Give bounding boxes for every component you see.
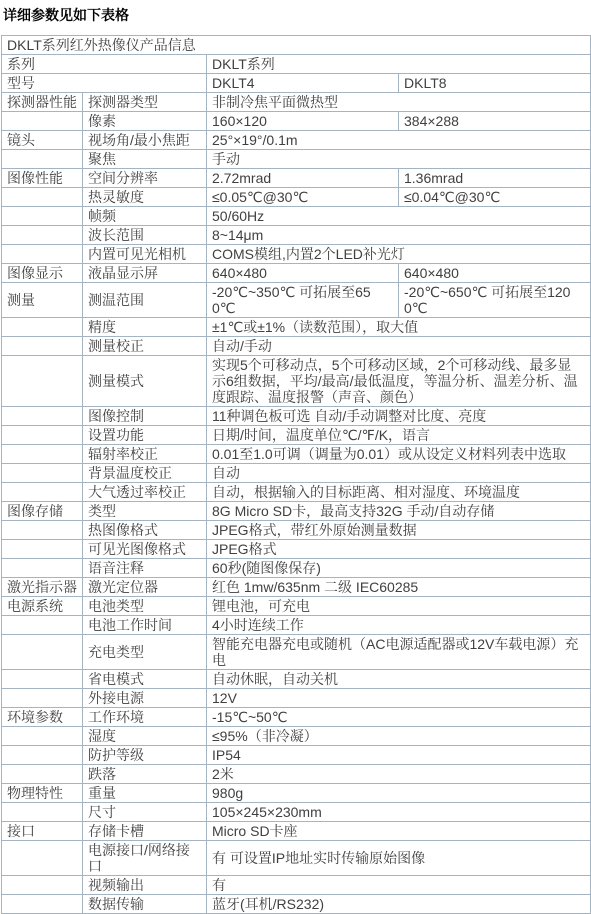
spec-label-cell: 热灵敏度 — [83, 188, 207, 207]
spec-value-cell: 8~14μm — [207, 226, 591, 245]
category-empty-cell — [2, 483, 83, 502]
category-empty-cell — [2, 540, 83, 559]
table-row: 图像控制11种调色板可选 自动/手动调整对比度、亮度 — [2, 407, 591, 426]
table-row: 测量校正自动/手动 — [2, 337, 591, 356]
spec-value-cell: 有 — [207, 876, 591, 895]
table-row: 图像存储类型8G Micro SD卡，最高支持32G 手动/自动存储 — [2, 502, 591, 521]
spec-label-cell: 热图像格式 — [83, 521, 207, 540]
category-empty-cell — [2, 464, 83, 483]
category-empty-cell — [2, 895, 83, 914]
category-cell: 物理特性 — [2, 784, 83, 803]
table-row: 波长范围8~14μm — [2, 226, 591, 245]
spec-label-cell: 像素 — [83, 112, 207, 131]
spec-label-cell: 内置可见光相机 — [83, 245, 207, 264]
category-empty-cell — [2, 727, 83, 746]
table-row: 跌落2米 — [2, 765, 591, 784]
table-row: 充电类型智能充电器充电或随机（AC电源适配器或12V车载电源）充电 — [2, 635, 591, 670]
spec-value-cell: 日期/时间，温度单位℃/℉/K，语言 — [207, 426, 591, 445]
category-cell: 电源系统 — [2, 597, 83, 616]
table-row: 电源接口/网络接口有 可设置IP地址实时传输原始图像 — [2, 841, 591, 876]
spec-label-cell: 省电模式 — [83, 670, 207, 689]
spec-label-cell: 防护等级 — [83, 746, 207, 765]
category-empty-cell — [2, 765, 83, 784]
spec-label-cell: 背景温度校正 — [83, 464, 207, 483]
table-row: 测量测温范围-20℃~350℃ 可拓展至650℃-20℃~650℃ 可拓展至12… — [2, 283, 591, 318]
category-empty-cell — [2, 356, 83, 407]
category-empty-cell — [2, 245, 83, 264]
table-row: 辐射率校正0.01至1.0可调（调量为0.01）或从设定义材料列表中选取 — [2, 445, 591, 464]
spec-value-cell: 4小时连续工作 — [207, 616, 591, 635]
table-title-cell: DKLT系列红外热像仪产品信息 — [2, 36, 591, 55]
table-row: 设置功能日期/时间，温度单位℃/℉/K，语言 — [2, 426, 591, 445]
spec-label-cell: 跌落 — [83, 765, 207, 784]
spec-label-cell: 湿度 — [83, 727, 207, 746]
spec-value-cell: 自动 — [207, 464, 591, 483]
category-empty-cell — [2, 635, 83, 670]
table-row: 精度±1℃或±1%（读数范围），取大值 — [2, 318, 591, 337]
spec-value-cell: 25°×19°/0.1m — [207, 131, 591, 150]
spec-label-cell: 液晶显示屏 — [83, 264, 207, 283]
spec-value-cell: 锂电池，可充电 — [207, 597, 591, 616]
spec-value-cell: 有 可设置IP地址实时传输原始图像 — [207, 841, 591, 876]
spec-value-cell: Micro SD卡座 — [207, 822, 591, 841]
spec-label-cell: 聚焦 — [83, 150, 207, 169]
spec-value-cell: ≤95%（非冷凝） — [207, 727, 591, 746]
table-row: 可见光图像格式JPEG格式 — [2, 540, 591, 559]
category-empty-cell — [2, 188, 83, 207]
table-row: 大气透过率校正自动，根据输入的目标距离、相对湿度、环境温度 — [2, 483, 591, 502]
spec-value-cell: 0.01至1.0可调（调量为0.01）或从设定义材料列表中选取 — [207, 445, 591, 464]
spec-label-cell: 视场角/最小焦距 — [83, 131, 207, 150]
spec-value-cell: 11种调色板可选 自动/手动调整对比度、亮度 — [207, 407, 591, 426]
table-row: 探测器性能探测器类型非制冷焦平面微热型 — [2, 93, 591, 112]
spec-value-cell: DKLT系列 — [207, 55, 591, 74]
table-row: 环境参数工作环境-15℃~50℃ — [2, 708, 591, 727]
category-cell: 激光指示器 — [2, 578, 83, 597]
category-cell: 接口 — [2, 822, 83, 841]
spec-value-cell: 自动，根据输入的目标距离、相对湿度、环境温度 — [207, 483, 591, 502]
category-empty-cell — [2, 318, 83, 337]
spec-value-cell: 60秒(随图像保存) — [207, 559, 591, 578]
table-row: 视频输出有 — [2, 876, 591, 895]
spec-value-cell: -15℃~50℃ — [207, 708, 591, 727]
table-row: 电池工作时间4小时连续工作 — [2, 616, 591, 635]
table-row: DKLT系列红外热像仪产品信息 — [2, 36, 591, 55]
category-cell: 图像性能 — [2, 169, 83, 188]
spec-label-cell: 类型 — [83, 502, 207, 521]
table-row: 热灵敏度≤0.05℃@30℃≤0.04℃@30℃ — [2, 188, 591, 207]
page: 详细参数见如下表格 DKLT系列红外热像仪产品信息系列DKLT系列型号DKLT4… — [0, 0, 591, 914]
spec-label-cell: 探测器类型 — [83, 93, 207, 112]
category-empty-cell — [2, 407, 83, 426]
spec-table: DKLT系列红外热像仪产品信息系列DKLT系列型号DKLT4DKLT8探测器性能… — [1, 35, 591, 914]
category-empty-cell — [2, 876, 83, 895]
table-row: 电源系统电池类型锂电池，可充电 — [2, 597, 591, 616]
spec-value-cell: 980g — [207, 784, 591, 803]
spec-label-cell: 测量校正 — [83, 337, 207, 356]
category-empty-cell — [2, 841, 83, 876]
spec-label-cell: 外接电源 — [83, 689, 207, 708]
category-empty-cell — [2, 445, 83, 464]
table-row: 帧频50/60Hz — [2, 207, 591, 226]
table-row: 语音注释60秒(随图像保存) — [2, 559, 591, 578]
spec-value-cell: IP54 — [207, 746, 591, 765]
page-title: 详细参数见如下表格 — [3, 7, 590, 24]
spec-label-cell: 激光定位器 — [83, 578, 207, 597]
spec-label-cell: 语音注释 — [83, 559, 207, 578]
spec-table-body: DKLT系列红外热像仪产品信息系列DKLT系列型号DKLT4DKLT8探测器性能… — [2, 36, 591, 914]
spec-label-cell: 辐射率校正 — [83, 445, 207, 464]
category-empty-cell — [2, 337, 83, 356]
table-row: 数据传输蓝牙(耳机/RS232) — [2, 895, 591, 914]
table-row: 镜头视场角/最小焦距25°×19°/0.1m — [2, 131, 591, 150]
spec-label-cell: 电池类型 — [83, 597, 207, 616]
category-empty-cell — [2, 226, 83, 245]
table-row: 背景温度校正自动 — [2, 464, 591, 483]
category-empty-cell — [2, 150, 83, 169]
table-row: 防护等级IP54 — [2, 746, 591, 765]
spec-value-cell: 2米 — [207, 765, 591, 784]
spec-value-cell: 50/60Hz — [207, 207, 591, 226]
spec-value-cell: 非制冷焦平面微热型 — [207, 93, 591, 112]
spec-label-cell: DKLT4 — [207, 74, 399, 93]
table-row: 图像性能空间分辨率2.72mrad1.36mrad — [2, 169, 591, 188]
spec-label-cell: 存储卡槽 — [83, 822, 207, 841]
spec-value-cell: ±1℃或±1%（读数范围），取大值 — [207, 318, 591, 337]
table-row: 湿度≤95%（非冷凝） — [2, 727, 591, 746]
spec-value-cell: DKLT8 — [399, 74, 591, 93]
spec-value-cell: 640×480 — [207, 264, 399, 283]
spec-value-cell: JPEG格式，带红外原始测量数据 — [207, 521, 591, 540]
spec-value-cell: 自动/手动 — [207, 337, 591, 356]
spec-value-cell: 智能充电器充电或随机（AC电源适配器或12V车载电源）充电 — [207, 635, 591, 670]
spec-value-cell: 实现5个可移动点，5个可移动区域，2个可移动线、最多显示6组数据，平均/最高/最… — [207, 356, 591, 407]
spec-label-cell: 帧频 — [83, 207, 207, 226]
table-row: 系列DKLT系列 — [2, 55, 591, 74]
spec-value-cell: 蓝牙(耳机/RS232) — [207, 895, 591, 914]
spec-label-cell: 精度 — [83, 318, 207, 337]
category-empty-cell — [2, 803, 83, 822]
table-row: 内置可见光相机COMS模组,内置2个LED补光灯 — [2, 245, 591, 264]
spec-value-cell: 8G Micro SD卡，最高支持32G 手动/自动存储 — [207, 502, 591, 521]
spec-value-cell: COMS模组,内置2个LED补光灯 — [207, 245, 591, 264]
category-empty-cell — [2, 207, 83, 226]
spec-value-cell: 384×288 — [399, 112, 591, 131]
spec-label-cell: 电源接口/网络接口 — [83, 841, 207, 876]
spec-label-cell: 尺寸 — [83, 803, 207, 822]
spec-value-cell: 手动 — [207, 150, 591, 169]
spec-label-cell: 大气透过率校正 — [83, 483, 207, 502]
table-row: 物理特性重量980g — [2, 784, 591, 803]
spec-label-cell: 数据传输 — [83, 895, 207, 914]
spec-label-cell: 波长范围 — [83, 226, 207, 245]
spec-label-cell: 电池工作时间 — [83, 616, 207, 635]
spec-label-cell: 空间分辨率 — [83, 169, 207, 188]
table-row: 接口存储卡槽Micro SD卡座 — [2, 822, 591, 841]
table-row: 外接电源12V — [2, 689, 591, 708]
spec-label-cell: 设置功能 — [83, 426, 207, 445]
category-cell: 图像显示 — [2, 264, 83, 283]
category-empty-cell — [2, 746, 83, 765]
spec-value-cell: 640×480 — [399, 264, 591, 283]
category-cell: 图像存储 — [2, 502, 83, 521]
category-empty-cell — [2, 670, 83, 689]
spec-value-cell: 2.72mrad — [207, 169, 399, 188]
spec-label-cell: 视频输出 — [83, 876, 207, 895]
spec-label-cell: 充电类型 — [83, 635, 207, 670]
spec-value-cell: 1.36mrad — [399, 169, 591, 188]
table-row: 图像显示液晶显示屏640×480640×480 — [2, 264, 591, 283]
table-row: 聚焦手动 — [2, 150, 591, 169]
spec-label-cell: 测量模式 — [83, 356, 207, 407]
spec-label-cell: 重量 — [83, 784, 207, 803]
spec-label-cell: 工作环境 — [83, 708, 207, 727]
spec-value-cell: JPEG格式 — [207, 540, 591, 559]
category-cell: 环境参数 — [2, 708, 83, 727]
spec-value-cell: 105×245×230mm — [207, 803, 591, 822]
category-empty-cell — [2, 689, 83, 708]
spec-value-cell: ≤0.04℃@30℃ — [399, 188, 591, 207]
spec-label-cell: 测温范围 — [83, 283, 207, 318]
table-row: 尺寸105×245×230mm — [2, 803, 591, 822]
category-empty-cell — [2, 521, 83, 540]
spec-value-cell: -20℃~650℃ 可拓展至1200℃ — [399, 283, 591, 318]
spec-value-cell: 自动休眠，自动关机 — [207, 670, 591, 689]
table-row: 热图像格式JPEG格式，带红外原始测量数据 — [2, 521, 591, 540]
category-empty-cell — [2, 426, 83, 445]
table-row: 省电模式自动休眠，自动关机 — [2, 670, 591, 689]
table-row: 激光指示器激光定位器红色 1mw/635nm 二级 IEC60285 — [2, 578, 591, 597]
spec-value-cell: 160×120 — [207, 112, 399, 131]
category-cell: 系列 — [2, 55, 207, 74]
table-row: 测量模式实现5个可移动点，5个可移动区域，2个可移动线、最多显示6组数据，平均/… — [2, 356, 591, 407]
table-row: 像素160×120384×288 — [2, 112, 591, 131]
spec-label-cell: 可见光图像格式 — [83, 540, 207, 559]
category-cell: 型号 — [2, 74, 207, 93]
spec-label-cell: 图像控制 — [83, 407, 207, 426]
category-empty-cell — [2, 559, 83, 578]
spec-value-cell: ≤0.05℃@30℃ — [207, 188, 399, 207]
spec-value-cell: 12V — [207, 689, 591, 708]
spec-value-cell: 红色 1mw/635nm 二级 IEC60285 — [207, 578, 591, 597]
category-empty-cell — [2, 112, 83, 131]
table-row: 型号DKLT4DKLT8 — [2, 74, 591, 93]
category-cell: 测量 — [2, 283, 83, 318]
category-empty-cell — [2, 616, 83, 635]
spec-value-cell: -20℃~350℃ 可拓展至650℃ — [207, 283, 399, 318]
category-cell: 镜头 — [2, 131, 83, 150]
category-cell: 探测器性能 — [2, 93, 83, 112]
